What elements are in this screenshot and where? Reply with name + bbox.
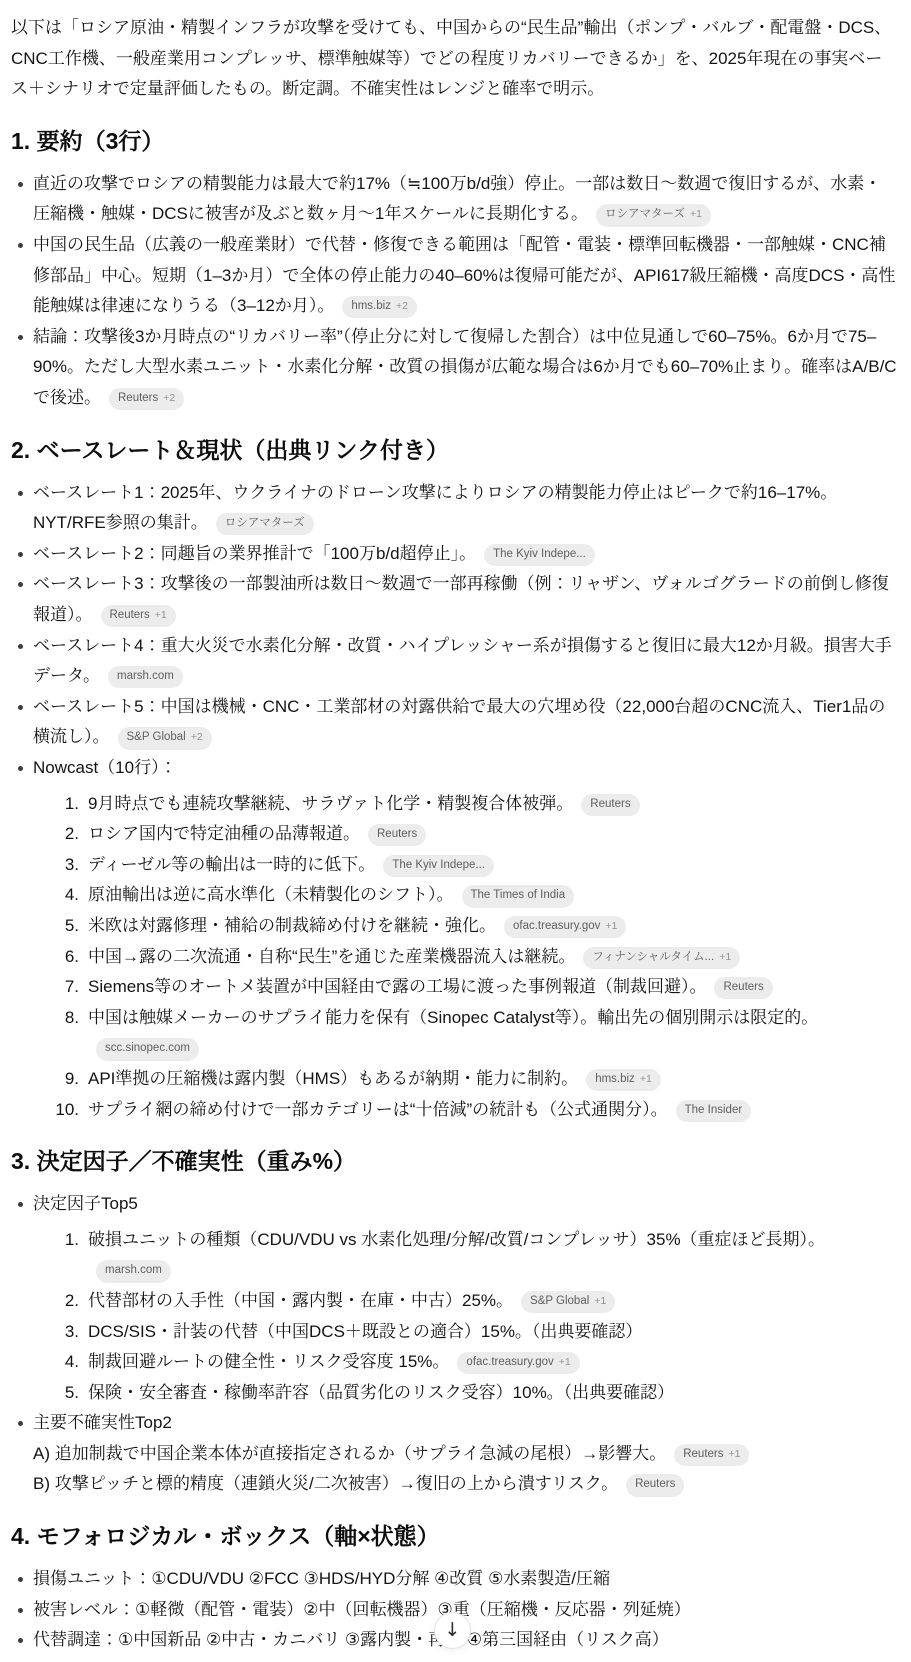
badge-label: Reuters <box>377 828 417 840</box>
list-item: 2.ロシア国内で特定油種の品薄報道。Reuters <box>33 819 898 850</box>
list-item: ベースレート4：重大火災で水素化分解・改質・ハイプレッシャー系が損傷すると復旧に… <box>11 631 898 692</box>
bullet-marker <box>18 491 23 496</box>
sub-line: A) 追加制裁で中国企業本体が直接指定されるか（サプライ急減の尾根）→影響大。R… <box>33 1439 898 1470</box>
badge-label: The Kyiv Indepe... <box>493 548 586 560</box>
list-item-text: 9月時点でも連続攻撃継続、サラヴァト化学・精製複合体被弾。 <box>88 794 573 813</box>
list-item-body: DCS/SIS・計装の代替（中国DCS＋既設との適合）15%。（出典要確認） <box>88 1317 898 1348</box>
badge-count: +1 <box>155 609 167 621</box>
citation-badge[interactable]: S&P Global+2 <box>118 727 212 749</box>
badge-count: +1 <box>594 1295 606 1307</box>
list-item: 2.代替部材の入手性（中国・露内製・在庫・中古）25%。S&P Global+1 <box>33 1286 898 1317</box>
list-item-text: ベースレート1：2025年、ウクライナのドローン攻撃によりロシアの精製能力停止は… <box>33 483 837 533</box>
citation-badge[interactable]: Reuters+1 <box>101 605 176 627</box>
list-item: 8.中国は触媒メーカーのサプライ能力を保有（Sinopec Catalyst等）… <box>33 1003 898 1064</box>
list-item-text: 損傷ユニット：①CDU/VDU ②FCC ③HDS/HYD分解 ④改質 ⑤水素製… <box>33 1569 610 1588</box>
badge-label: ofac.treasury.gov <box>513 920 600 932</box>
citation-badge[interactable]: Reuters <box>714 977 772 999</box>
list-item: ベースレート5：中国は機械・CNC・工業部材の対露供給で最大の穴埋め役（22,0… <box>11 692 898 753</box>
list-item-body: 中国→露の二次流通・自称“民生”を通じた産業機器流入は継続。フィナンシャルタイム… <box>88 942 898 973</box>
bullet-marker <box>18 335 23 340</box>
citation-badge[interactable]: marsh.com <box>108 666 183 688</box>
citation-badge[interactable]: ロシアマターズ+1 <box>596 204 711 226</box>
citation-badge[interactable]: The Kyiv Indepe... <box>484 544 595 566</box>
bullet-marker <box>18 582 23 587</box>
list-item-body: ベースレート5：中国は機械・CNC・工業部材の対露供給で最大の穴埋め役（22,0… <box>33 692 898 753</box>
bullet-marker <box>18 182 23 187</box>
list-item-body: 米欧は対露修理・補給の制裁締め付けを継続・強化。ofac.treasury.go… <box>88 911 898 942</box>
list-item: 5.米欧は対露修理・補給の制裁締め付けを継続・強化。ofac.treasury.… <box>33 911 898 942</box>
list-item-body: 代替部材の入手性（中国・露内製・在庫・中古）25%。S&P Global+1 <box>88 1286 898 1317</box>
list-item-text: A) 追加制裁で中国企業本体が直接指定されるか（サプライ急減の尾根）→影響大。 <box>33 1444 666 1463</box>
list-item-text: 直近の攻撃でロシアの精製能力は最大で約17%（≒100万b/d強）停止。一部は数… <box>33 174 881 224</box>
badge-label: ofac.treasury.gov <box>466 1356 553 1368</box>
badge-label: The Kyiv Indepe... <box>392 859 485 871</box>
scroll-to-bottom-button[interactable]: ↓ <box>434 1612 471 1649</box>
list-item-body: ベースレート4：重大火災で水素化分解・改質・ハイプレッシャー系が損傷すると復旧に… <box>33 631 898 692</box>
citation-badge[interactable]: S&P Global+1 <box>521 1291 615 1313</box>
badge-label: hms.biz <box>351 300 391 312</box>
list-item-text: 中国→露の二次流通・自称“民生”を通じた産業機器流入は継続。 <box>88 947 575 966</box>
list-item-body: ロシア国内で特定油種の品薄報道。Reuters <box>88 819 898 850</box>
bullet-marker <box>18 705 23 710</box>
list-item: ベースレート2：同趣旨の業界推計で「100万b/d超停止」。The Kyiv I… <box>11 539 898 570</box>
number-marker: 1. <box>33 789 79 820</box>
number-marker: 5. <box>33 1378 79 1409</box>
badge-count: +1 <box>690 208 702 220</box>
bullet-list: 直近の攻撃でロシアの精製能力は最大で約17%（≒100万b/d強）停止。一部は数… <box>11 169 898 414</box>
list-item-body: 中国の民生品（広義の一般産業財）で代替・修復できる範囲は「配管・電装・標準回転機… <box>33 230 898 322</box>
citation-badge[interactable]: hms.biz+1 <box>586 1069 661 1091</box>
list-item: 4.制裁回避ルートの健全性・リスク受容度 15%。ofac.treasury.g… <box>33 1347 898 1378</box>
list-item-body: 原油輸出は逆に高水準化（未精製化のシフト）。The Times of India <box>88 880 898 911</box>
numbered-list: 1.9月時点でも連続攻撃継続、サラヴァト化学・精製複合体被弾。Reuters2.… <box>33 789 898 1126</box>
list-item: 決定因子Top51.破損ユニットの種類（CDU/VDU vs 水素化処理/分解/… <box>11 1189 898 1408</box>
section-heading: 3. 決定因子／不確実性（重み%） <box>11 1146 898 1177</box>
list-item-body: ディーゼル等の輸出は一時的に低下。The Kyiv Indepe... <box>88 850 898 881</box>
citation-badge[interactable]: The Insider <box>676 1100 752 1122</box>
badge-label: hms.biz <box>595 1073 635 1085</box>
list-item: 主要不確実性Top2A) 追加制裁で中国企業本体が直接指定されるか（サプライ急減… <box>11 1408 898 1500</box>
bullet-marker <box>18 243 23 248</box>
citation-badge[interactable]: ロシアマターズ <box>216 513 314 535</box>
list-item: 損傷ユニット：①CDU/VDU ②FCC ③HDS/HYD分解 ④改質 ⑤水素製… <box>11 1564 898 1595</box>
list-item-text: 米欧は対露修理・補給の制裁締め付けを継続・強化。 <box>88 916 496 935</box>
list-item-text: 保険・安全審査・稼働率許容（品質劣化のリスク受容）10%。（出典要確認） <box>88 1383 674 1402</box>
list-item: 9.API準拠の圧縮機は露内製（HMS）もあるが納期・能力に制約。hms.biz… <box>33 1064 898 1095</box>
list-item-text: ディーゼル等の輸出は一時的に低下。 <box>88 855 375 874</box>
list-item-text: 被害レベル：①軽微（配管・電装）②中（回転機器）③重（圧縮機・反応器・列延焼） <box>33 1600 691 1619</box>
list-item: 10.サプライ網の締め付けで一部カテゴリーは“十倍減”の統計も（公式通関分）。T… <box>33 1095 898 1126</box>
bullet-marker <box>18 1608 23 1613</box>
list-item-body: Nowcast（10行）：1.9月時点でも連続攻撃継続、サラヴァト化学・精製複合… <box>33 753 898 1125</box>
list-item: 中国の民生品（広義の一般産業財）で代替・修復できる範囲は「配管・電装・標準回転機… <box>11 230 898 322</box>
list-item: 6.中国→露の二次流通・自称“民生”を通じた産業機器流入は継続。フィナンシャルタ… <box>33 942 898 973</box>
number-marker: 7. <box>33 972 79 1003</box>
citation-badge[interactable]: Reuters+2 <box>109 388 184 410</box>
bullet-list: ベースレート1：2025年、ウクライナのドローン攻撃によりロシアの精製能力停止は… <box>11 478 898 1125</box>
citation-badge[interactable]: hms.biz+2 <box>342 296 417 318</box>
badge-count: +1 <box>729 1448 741 1460</box>
sub-line: B) 攻撃ピッチと標的精度（連鎖火災/二次被害）→復旧の上から潰すリスク。Reu… <box>33 1469 898 1500</box>
list-item: ベースレート3：攻撃後の一部製油所は数日～数週で一部再稼働（例：リャザン、ヴォル… <box>11 569 898 630</box>
list-item: 1.破損ユニットの種類（CDU/VDU vs 水素化処理/分解/改質/コンプレッ… <box>33 1225 898 1286</box>
list-item: ベースレート1：2025年、ウクライナのドローン攻撃によりロシアの精製能力停止は… <box>11 478 898 539</box>
badge-count: +1 <box>719 951 731 963</box>
section-heading: 2. ベースレート＆現状（出典リンク付き） <box>11 435 898 466</box>
number-marker: 4. <box>33 880 79 911</box>
list-item: 3.DCS/SIS・計装の代替（中国DCS＋既設との適合）15%。（出典要確認） <box>33 1317 898 1348</box>
list-item-text: 破損ユニットの種類（CDU/VDU vs 水素化処理/分解/改質/コンプレッサ）… <box>88 1230 825 1249</box>
list-item-text: 制裁回避ルートの健全性・リスク受容度 15%。 <box>88 1352 449 1371</box>
badge-label: Reuters <box>118 392 158 404</box>
citation-badge[interactable]: The Times of India <box>462 885 575 907</box>
number-marker: 3. <box>33 850 79 881</box>
badge-label: S&P Global <box>530 1295 589 1307</box>
number-marker: 2. <box>33 819 79 850</box>
number-marker: 5. <box>33 911 79 942</box>
number-marker: 1. <box>33 1225 79 1286</box>
list-item-text: ロシア国内で特定油種の品薄報道。 <box>88 824 360 843</box>
list-item: 7.Siemens等のオートメ装置が中国経由で露の工場に渡った事例報道（制裁回避… <box>33 972 898 1003</box>
citation-badge[interactable]: Reuters <box>626 1474 684 1496</box>
badge-label: marsh.com <box>117 670 174 682</box>
badge-count: +2 <box>163 392 175 404</box>
badge-label: The Times of India <box>471 889 566 901</box>
badge-count: +1 <box>559 1356 571 1368</box>
list-item-text: DCS/SIS・計装の代替（中国DCS＋既設との適合）15%。（出典要確認） <box>88 1322 642 1341</box>
bullet-marker <box>18 1421 23 1426</box>
list-item-text: 決定因子Top5 <box>33 1194 138 1213</box>
bullet-marker <box>18 1638 23 1643</box>
list-item-text: 中国の民生品（広義の一般産業財）で代替・修復できる範囲は「配管・電装・標準回転機… <box>33 235 895 315</box>
badge-label: scc.sinopec.com <box>105 1042 190 1054</box>
badge-label: S&P Global <box>127 731 186 743</box>
badge-label: ロシアマターズ <box>605 208 685 220</box>
list-item-text: サプライ網の締め付けで一部カテゴリーは“十倍減”の統計も（公式通関分）。 <box>88 1100 668 1119</box>
bullet-marker <box>18 1202 23 1207</box>
badge-count: +1 <box>640 1073 652 1085</box>
numbered-list: 1.破損ユニットの種類（CDU/VDU vs 水素化処理/分解/改質/コンプレッ… <box>33 1225 898 1409</box>
list-item: 3.ディーゼル等の輸出は一時的に低下。The Kyiv Indepe... <box>33 850 898 881</box>
badge-label: Reuters <box>590 798 630 810</box>
list-item-body: 損傷ユニット：①CDU/VDU ②FCC ③HDS/HYD分解 ④改質 ⑤水素製… <box>33 1564 898 1595</box>
citation-badge[interactable]: ofac.treasury.gov+1 <box>504 916 626 938</box>
list-item-text: 代替調達：①中国新品 ②中古・カニバリ ③露内製・再生 ④第三国経由（リスク高） <box>33 1630 669 1649</box>
number-marker: 9. <box>33 1064 79 1095</box>
badge-label: Reuters <box>723 981 763 993</box>
list-item-body: 9月時点でも連続攻撃継続、サラヴァト化学・精製複合体被弾。Reuters <box>88 789 898 820</box>
list-item-text: B) 攻撃ピッチと標的精度（連鎖火災/二次被害）→復旧の上から潰すリスク。 <box>33 1474 618 1493</box>
list-item-body: ベースレート3：攻撃後の一部製油所は数日～数週で一部再稼働（例：リャザン、ヴォル… <box>33 569 898 630</box>
intro-paragraph: 以下は「ロシア原油・精製インフラが攻撃を受けても、中国からの“民生品”輸出（ポン… <box>11 13 898 105</box>
badge-count: +2 <box>191 731 203 743</box>
message-sections: 1. 要約（3行）直近の攻撃でロシアの精製能力は最大で約17%（≒100万b/d… <box>11 126 898 1656</box>
list-item-text: API準拠の圧縮機は露内製（HMS）もあるが納期・能力に制約。 <box>88 1069 578 1088</box>
list-item-body: ベースレート2：同趣旨の業界推計で「100万b/d超停止」。The Kyiv I… <box>33 539 898 570</box>
badge-label: ロシアマターズ <box>225 517 305 529</box>
bullet-marker <box>18 1577 23 1582</box>
list-item-text: Nowcast（10行）： <box>33 758 177 777</box>
section-heading: 4. モフォロジカル・ボックス（軸×状態） <box>11 1521 898 1552</box>
number-marker: 4. <box>33 1347 79 1378</box>
citation-badge[interactable]: Reuters+1 <box>674 1444 749 1466</box>
citation-badge[interactable]: フィナンシャルタイム...+1 <box>583 947 740 969</box>
list-item-body: Siemens等のオートメ装置が中国経由で露の工場に渡った事例報道（制裁回避）。… <box>88 972 898 1003</box>
list-item-text: ベースレート2：同趣旨の業界推計で「100万b/d超停止」。 <box>33 544 476 563</box>
list-item-body: 主要不確実性Top2A) 追加制裁で中国企業本体が直接指定されるか（サプライ急減… <box>33 1408 898 1500</box>
section-heading: 1. 要約（3行） <box>11 126 898 157</box>
number-marker: 6. <box>33 942 79 973</box>
list-item: 1.9月時点でも連続攻撃継続、サラヴァト化学・精製複合体被弾。Reuters <box>33 789 898 820</box>
citation-badge[interactable]: scc.sinopec.com <box>96 1038 199 1060</box>
bullet-marker <box>18 644 23 649</box>
badge-label: The Insider <box>685 1104 743 1116</box>
badge-label: Reuters <box>683 1448 723 1460</box>
list-item-body: 中国は触媒メーカーのサプライ能力を保有（Sinopec Catalyst等）。輸… <box>88 1003 898 1064</box>
list-item-body: 保険・安全審査・稼働率許容（品質劣化のリスク受容）10%。（出典要確認） <box>88 1378 898 1409</box>
list-item-text: 中国は触媒メーカーのサプライ能力を保有（Sinopec Catalyst等）。輸… <box>88 1008 818 1027</box>
badge-count: +2 <box>396 300 408 312</box>
chat-message: 以下は「ロシア原油・精製インフラが攻撃を受けても、中国からの“民生品”輸出（ポン… <box>0 0 911 1662</box>
list-item: 直近の攻撃でロシアの精製能力は最大で約17%（≒100万b/d強）停止。一部は数… <box>11 169 898 230</box>
citation-badge[interactable]: marsh.com <box>96 1260 171 1282</box>
list-item-body: 直近の攻撃でロシアの精製能力は最大で約17%（≒100万b/d強）停止。一部は数… <box>33 169 898 230</box>
citation-badge[interactable]: Reuters <box>581 794 639 816</box>
badge-count: +1 <box>605 920 617 932</box>
badge-label: フィナンシャルタイム... <box>592 951 714 963</box>
list-item-text: 代替部材の入手性（中国・露内製・在庫・中古）25%。 <box>88 1291 513 1310</box>
list-item: 結論：攻撃後3か月時点の“リカバリー率”（停止分に対して復帰した割合）は中位見通… <box>11 322 898 414</box>
citation-badge[interactable]: Reuters <box>368 824 426 846</box>
list-item-body: サプライ網の締め付けで一部カテゴリーは“十倍減”の統計も（公式通関分）。The … <box>88 1095 898 1126</box>
number-marker: 10. <box>33 1095 79 1126</box>
number-marker: 2. <box>33 1286 79 1317</box>
bullet-list: 決定因子Top51.破損ユニットの種類（CDU/VDU vs 水素化処理/分解/… <box>11 1189 898 1500</box>
number-marker: 8. <box>33 1003 79 1064</box>
list-item: Nowcast（10行）：1.9月時点でも連続攻撃継続、サラヴァト化学・精製複合… <box>11 753 898 1125</box>
list-item-text: 主要不確実性Top2 <box>33 1413 172 1432</box>
list-item-body: 決定因子Top51.破損ユニットの種類（CDU/VDU vs 水素化処理/分解/… <box>33 1189 898 1408</box>
bullet-marker <box>18 766 23 771</box>
badge-label: marsh.com <box>105 1264 162 1276</box>
number-marker: 3. <box>33 1317 79 1348</box>
badge-label: Reuters <box>635 1478 675 1490</box>
citation-badge[interactable]: The Kyiv Indepe... <box>383 855 494 877</box>
list-item: 4.原油輸出は逆に高水準化（未精製化のシフト）。The Times of Ind… <box>33 880 898 911</box>
list-item-body: 結論：攻撃後3か月時点の“リカバリー率”（停止分に対して復帰した割合）は中位見通… <box>33 322 898 414</box>
list-item: 5.保険・安全審査・稼働率許容（品質劣化のリスク受容）10%。（出典要確認） <box>33 1378 898 1409</box>
list-item-text: Siemens等のオートメ装置が中国経由で露の工場に渡った事例報道（制裁回避）。 <box>88 977 706 996</box>
list-item-body: 破損ユニットの種類（CDU/VDU vs 水素化処理/分解/改質/コンプレッサ）… <box>88 1225 898 1286</box>
list-item-body: 制裁回避ルートの健全性・リスク受容度 15%。ofac.treasury.gov… <box>88 1347 898 1378</box>
list-item-body: API準拠の圧縮機は露内製（HMS）もあるが納期・能力に制約。hms.biz+1 <box>88 1064 898 1095</box>
citation-badge[interactable]: ofac.treasury.gov+1 <box>457 1352 579 1374</box>
badge-label: Reuters <box>110 609 150 621</box>
bullet-marker <box>18 552 23 557</box>
list-item-body: ベースレート1：2025年、ウクライナのドローン攻撃によりロシアの精製能力停止は… <box>33 478 898 539</box>
list-item-text: 原油輸出は逆に高水準化（未精製化のシフト）。 <box>88 885 454 904</box>
arrow-down-icon: ↓ <box>445 1621 461 1640</box>
